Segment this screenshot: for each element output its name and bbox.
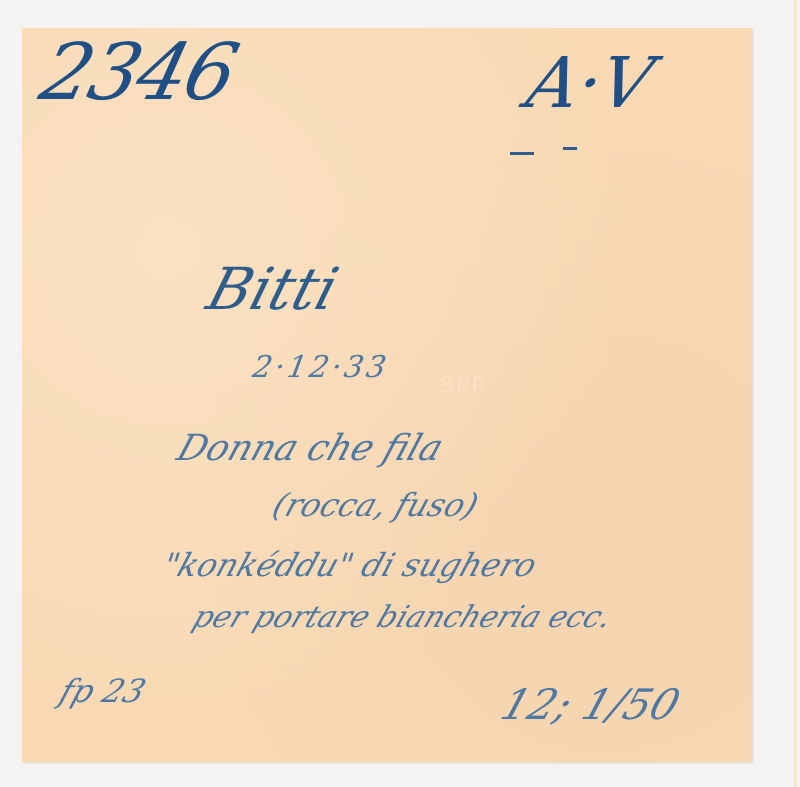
catalog-number: 2346 (32, 28, 245, 118)
series-underline (563, 147, 577, 150)
background-edge-strip (794, 0, 797, 787)
series-underline (510, 152, 534, 155)
watermark: SPP (440, 374, 487, 399)
reference-right: 12; 1/50 (495, 680, 686, 729)
place-name: Bitti (200, 255, 346, 323)
index-card (22, 28, 752, 762)
description-line: "konkéddu" di sughero (158, 546, 542, 584)
description-line: (rocca, fuso) (268, 486, 483, 524)
series-code: A·V (520, 42, 661, 124)
date: 2·12·33 (250, 350, 392, 385)
description-line: per portare biancheria ecc. (188, 600, 617, 635)
description-line: Donna che fila (172, 428, 448, 469)
reference-left: fp 23 (55, 672, 151, 710)
